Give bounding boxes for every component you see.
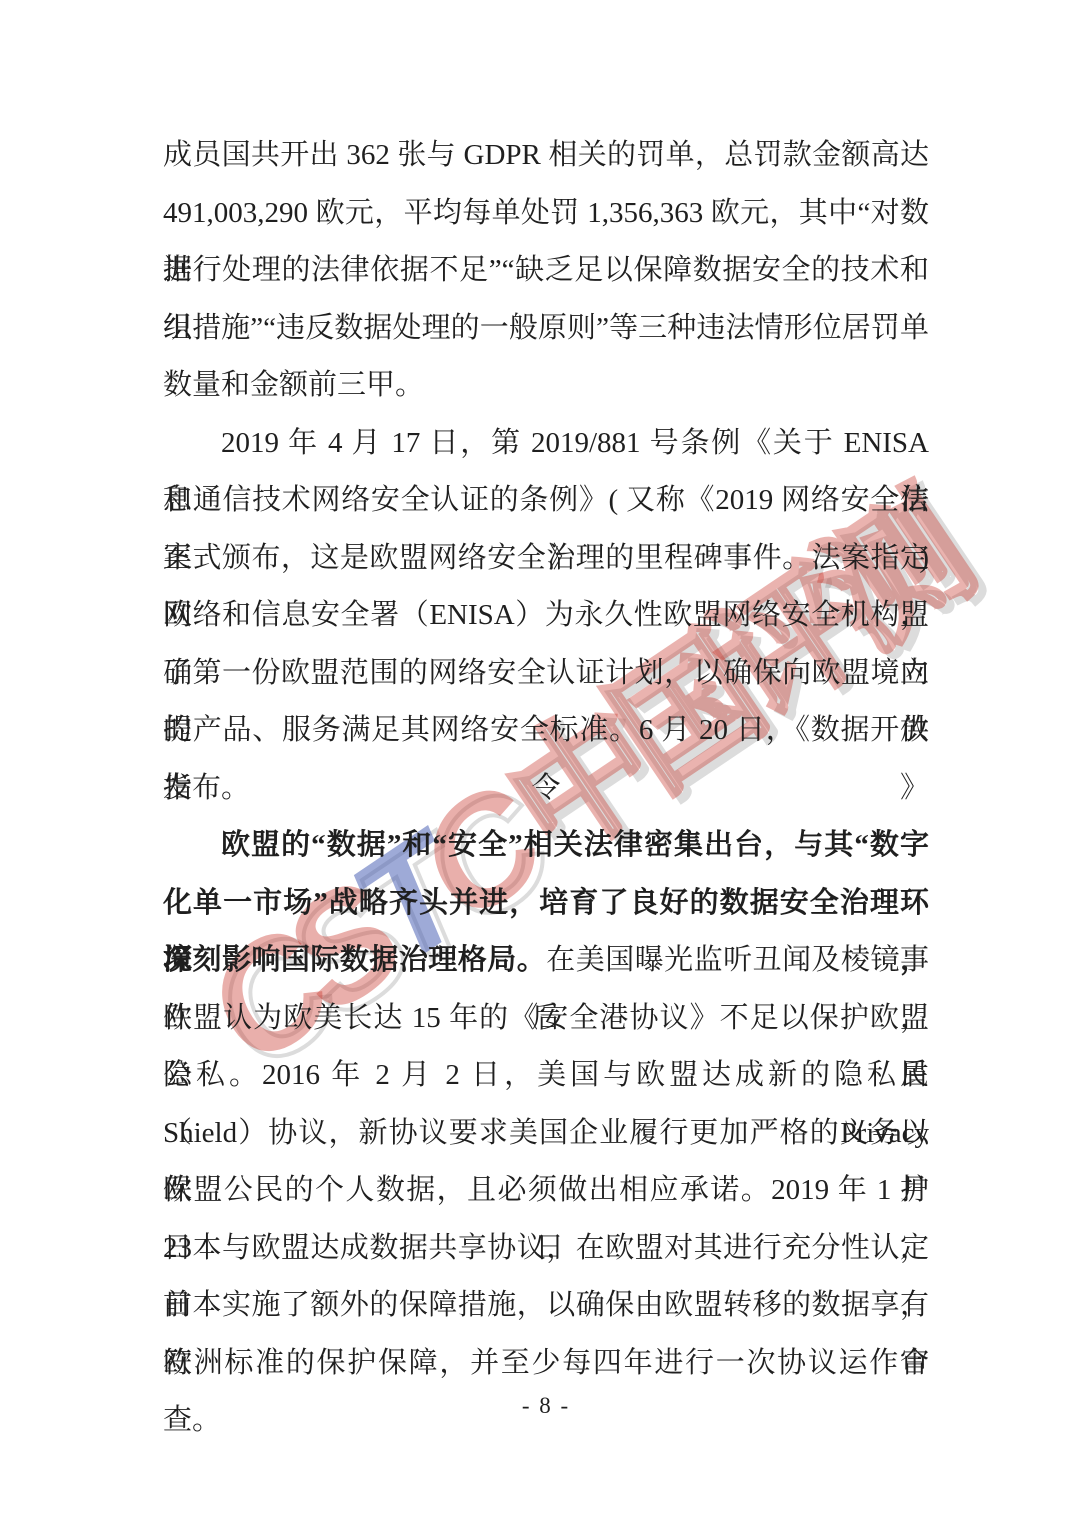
page-number: - 8 - — [163, 1393, 929, 1419]
text-segment: 织措施”“违反数据处理的一般原则”等三种违法情形位居罚单 — [163, 312, 929, 344]
text-line: 正式颁布，这是欧盟网络安全治理的里程碑事件。法案指定欧盟 — [163, 530, 929, 588]
text-line: 2019 年 4 月 17 日，第 2019/881 号条例《关于 ENISA … — [163, 415, 929, 473]
text-segment-bold: 欧盟的“数据”和“安全”相关法律密集出台，与其“数字 — [221, 829, 929, 861]
text-line: 491,003,290 欧元，平均每单处罚 1,356,363 欧元，其中“对数… — [163, 185, 929, 243]
document-page: CSTC中国评测 CSTC中国评测 成员国共开出 362 张与 GDPR 相关的… — [0, 0, 1080, 1527]
text-line: 了第一份欧盟范围的网络安全认证计划，以确保向欧盟境内提供 — [163, 645, 929, 703]
text-line: 进行处理的法律依据不足”“缺乏足以保障数据安全的技术和组 — [163, 242, 929, 300]
body-text: 成员国共开出 362 张与 GDPR 相关的罚单，总罚款金额高达491,003,… — [163, 127, 929, 1392]
text-line: 深刻影响国际数据治理格局。在美国曝光监听丑闻及棱镜事件后， — [163, 932, 929, 990]
text-line: 数量和金额前三甲。 — [163, 357, 929, 415]
text-line: 息通信技术网络安全认证的条例》( 又称《2019 网络安全法案》) — [163, 472, 929, 530]
text-line: 成员国共开出 362 张与 GDPR 相关的罚单，总罚款金额高达 — [163, 127, 929, 185]
text-segment: 数量和金额前三甲。 — [163, 369, 424, 401]
text-line: 化单一市场”战略齐头并进，培育了良好的数据安全治理环境， — [163, 875, 929, 933]
text-line: 隐私。2016 年 2 月 2 日，美国与欧盟达成新的隐私盾（Privacy — [163, 1047, 929, 1105]
text-segment-bold: 深刻影响国际数据治理格局。 — [163, 944, 546, 976]
text-line: 网络和信息安全署（ENISA）为永久性欧盟网络安全机构，确立 — [163, 587, 929, 645]
text-segment: 成员国共开出 362 张与 GDPR 相关的罚单，总罚款金额高达 — [163, 139, 929, 171]
text-line: 的产品、服务满足其网络安全标准。6 月 20 日，《数据开放指令》 — [163, 702, 929, 760]
text-line: 欧洲标准的保护保障，并至少每四年进行一次协议运作审查。 — [163, 1335, 929, 1393]
text-segment: 的产品、服务满足其网络安全标准。6 月 20 日，《数据开放指令》 — [163, 714, 929, 804]
text-line: 日本与欧盟达成数据共享协议，在欧盟对其进行充分性认定前， — [163, 1220, 929, 1278]
text-line: 欧盟公民的个人数据，且必须做出相应承诺。2019 年 1 月 23 日， — [163, 1162, 929, 1220]
text-line: 织措施”“违反数据处理的一般原则”等三种违法情形位居罚单 — [163, 300, 929, 358]
text-line: Shield）协议，新协议要求美国企业履行更加严格的义务以保护 — [163, 1105, 929, 1163]
text-line: 日本实施了额外的保障措施，以确保由欧盟转移的数据享有符合 — [163, 1277, 929, 1335]
text-line: 欧盟认为欧美长达 15 年的《安全港协议》不足以保护欧盟公民 — [163, 990, 929, 1048]
text-segment: 发布。 — [163, 772, 250, 804]
text-line: 欧盟的“数据”和“安全”相关法律密集出台，与其“数字 — [163, 817, 929, 875]
text-segment: 欧洲标准的保护保障，并至少每四年进行一次协议运作审查。 — [163, 1347, 929, 1437]
